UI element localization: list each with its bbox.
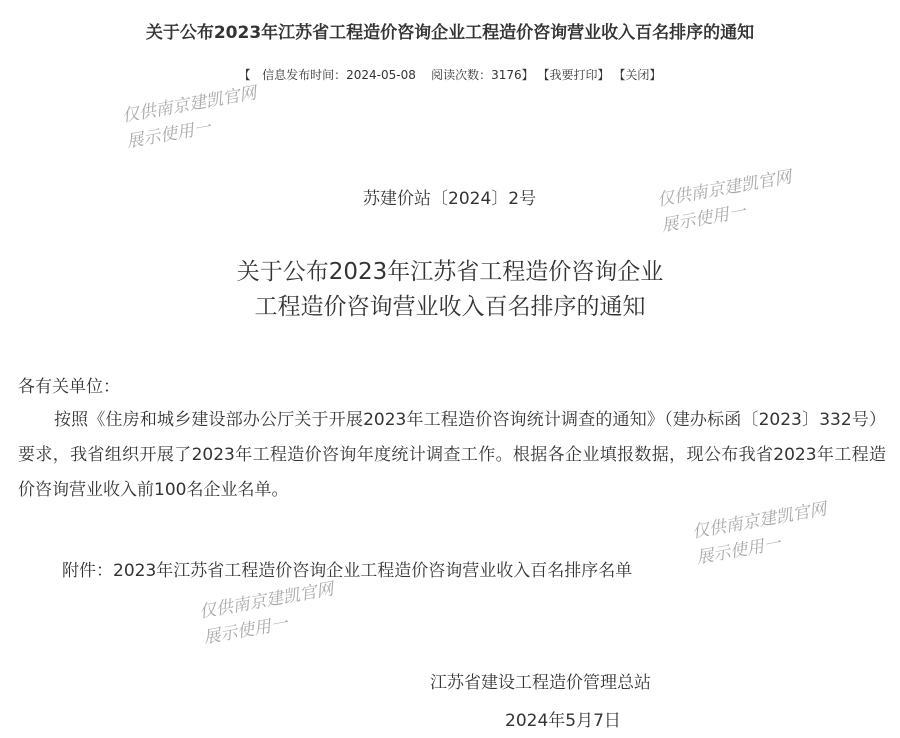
attachment: 附件：2023年江苏省工程造价咨询企业工程造价咨询营业收入百名排序名单 (62, 556, 632, 581)
watermark: 仅供南京建凯官网 展示使用一 (120, 80, 263, 155)
document-title-line-1: 关于公布2023年江苏省工程造价咨询企业 (0, 253, 900, 286)
page-title: 关于公布2023年江苏省工程造价咨询企业工程造价咨询营业收入百名排序的通知 (0, 18, 900, 43)
issuer-signature: 江苏省建设工程造价管理总站 (430, 668, 651, 693)
watermark: 仅供南京建凯官网 展示使用一 (197, 576, 340, 651)
view-count-label: 阅读次数： (431, 68, 491, 82)
body-paragraph: 按照《住房和城乡建设部办公厅关于开展2023年工程造价咨询统计调查的通知》（建办… (18, 403, 886, 508)
print-link[interactable]: 【我要打印】 (538, 68, 610, 82)
document-number: 苏建价站〔2024〕2号 (363, 184, 536, 209)
document-title-line-2: 工程造价咨询营业收入百名排序的通知 (0, 288, 900, 321)
publish-time-label: 信息发布时间： (262, 68, 346, 82)
signature-date: 2024年5月7日 (505, 706, 621, 731)
close-link[interactable]: 【关闭】 (613, 68, 661, 82)
meta-open-bracket: 【 (239, 68, 251, 82)
publish-date: 2024-05-08 (346, 68, 416, 82)
view-count: 3176 (491, 68, 522, 82)
meta-close-bracket: 】 (522, 68, 534, 82)
attachment-label: 附件： (62, 561, 113, 581)
salutation: 各有关单位： (18, 372, 120, 397)
article-meta-bar: 【 信息发布时间：2024-05-08 阅读次数：3176】 【我要打印】 【关… (0, 66, 900, 83)
watermark: 仅供南京建凯官网 展示使用一 (655, 164, 798, 239)
attachment-link[interactable]: 2023年江苏省工程造价咨询企业工程造价咨询营业收入百名排序名单 (113, 561, 632, 581)
